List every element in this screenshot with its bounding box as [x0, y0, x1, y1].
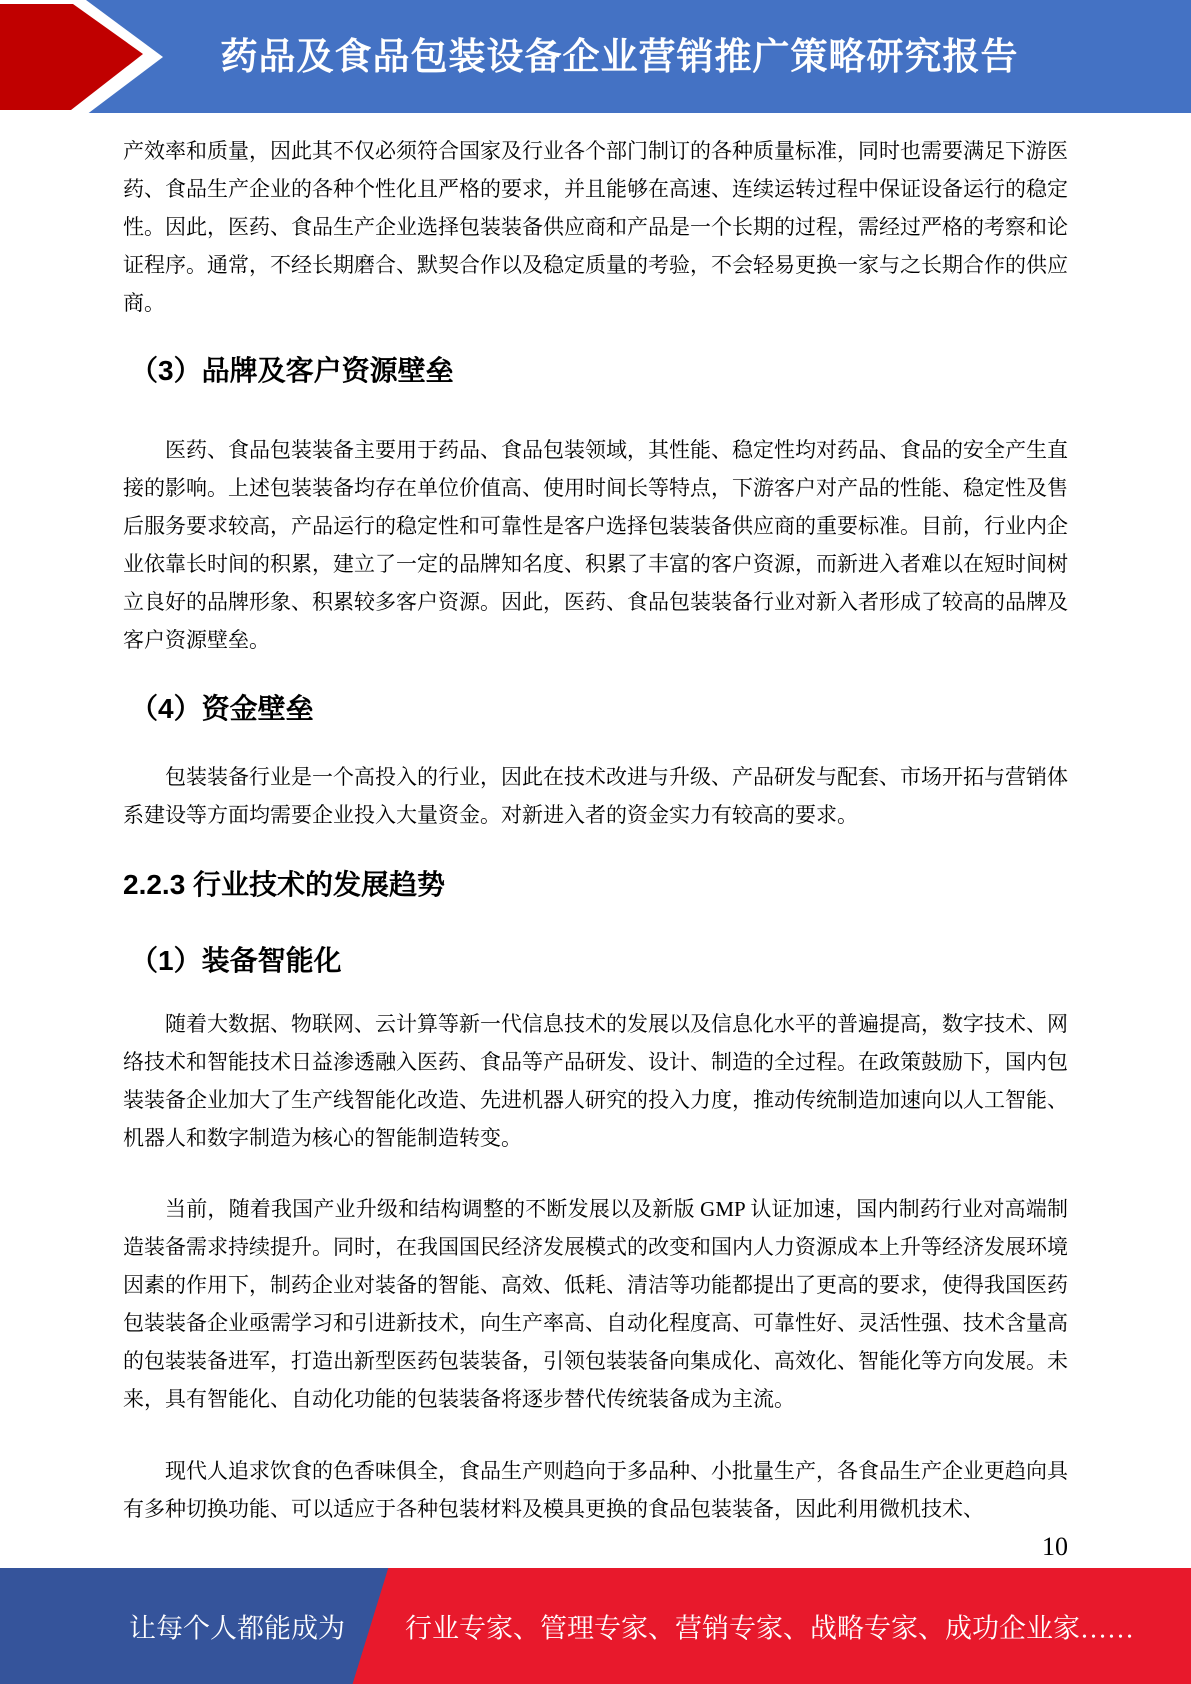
footer-slogan-left: 让每个人都能成为 [0, 1607, 345, 1646]
paragraph-smart-tech-3: 现代人追求饮食的色香味俱全，食品生产则趋向于多品种、小批量生产，各食品生产企业更… [123, 1452, 1068, 1528]
paragraph-capital-barrier: 包装装备行业是一个高投入的行业，因此在技术改进与升级、产品研发与配套、市场开拓与… [123, 758, 1068, 834]
paragraph-supplier-continued: 产效率和质量，因此其不仅必须符合国家及行业各个部门制订的各种质量标准，同时也需要… [123, 132, 1068, 322]
report-title: 药品及食品包装设备企业营销推广策略研究报告 [0, 0, 1191, 113]
paragraph-smart-tech-1: 随着大数据、物联网、云计算等新一代信息技术的发展以及信息化水平的普遍提高，数字技… [123, 1005, 1068, 1157]
document-body: 产效率和质量，因此其不仅必须符合国家及行业各个部门制订的各种质量标准，同时也需要… [0, 113, 1191, 1564]
paragraph-brand-customer-barrier: 医药、食品包装装备主要用于药品、食品包装领域，其性能、稳定性均对药品、食品的安全… [123, 431, 1068, 659]
heading-industry-tech-trend: 2.2.3 行业技术的发展趋势 [123, 865, 1068, 905]
page-footer: 让每个人都能成为 行业专家、管理专家、营销专家、战略专家、成功企业家…… [0, 1568, 1191, 1684]
report-page: 药品及食品包装设备企业营销推广策略研究报告 产效率和质量，因此其不仅必须符合国家… [0, 0, 1191, 1684]
footer-slogan-right: 行业专家、管理专家、营销专家、战略专家、成功企业家…… [405, 1607, 1134, 1646]
page-header: 药品及食品包装设备企业营销推广策略研究报告 [0, 0, 1191, 113]
paragraph-smart-tech-2: 当前，随着我国产业升级和结构调整的不断发展以及新版 GMP 认证加速，国内制药行… [123, 1190, 1068, 1418]
heading-capital-barrier: （4）资金壁垒 [123, 689, 1068, 729]
heading-brand-customer-barrier: （3）品牌及客户资源壁垒 [123, 351, 1068, 391]
page-number: 10 [123, 1530, 1068, 1564]
heading-equipment-intelligence: （1）装备智能化 [123, 941, 1068, 981]
